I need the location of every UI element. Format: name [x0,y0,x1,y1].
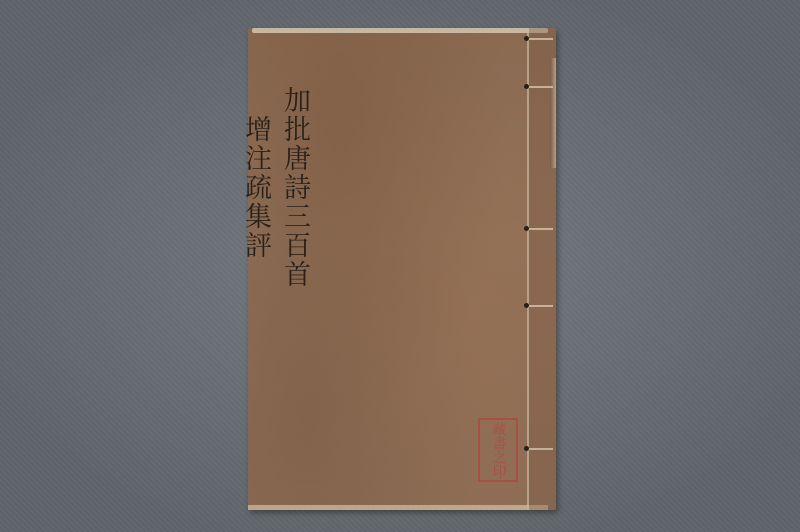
red-seal-stamp: 藏書之印 [478,418,518,482]
binding-thread [527,448,553,450]
stitch-hole [524,84,529,89]
cover-top-edge [252,28,548,33]
title-line-1: 加批唐詩三百首 [279,86,310,289]
stitch-hole [524,446,529,451]
spine-binding-strip [529,28,556,510]
stitch-hole [524,226,529,231]
binding-thread [527,228,553,230]
stitch-hole [524,36,529,41]
book-cover: 加批唐詩三百首 增注疏集評 藏書之印 [248,28,556,510]
cover-bottom-edge [248,505,548,510]
binding-thread [527,305,553,307]
binding-thread [527,86,553,88]
stitch-hole [524,303,529,308]
binding-thread [527,38,553,40]
spine-fold-line [527,28,529,510]
handwritten-title: 加批唐詩三百首 增注疏集評 [270,86,310,289]
title-line-2: 增注疏集評 [240,115,271,260]
